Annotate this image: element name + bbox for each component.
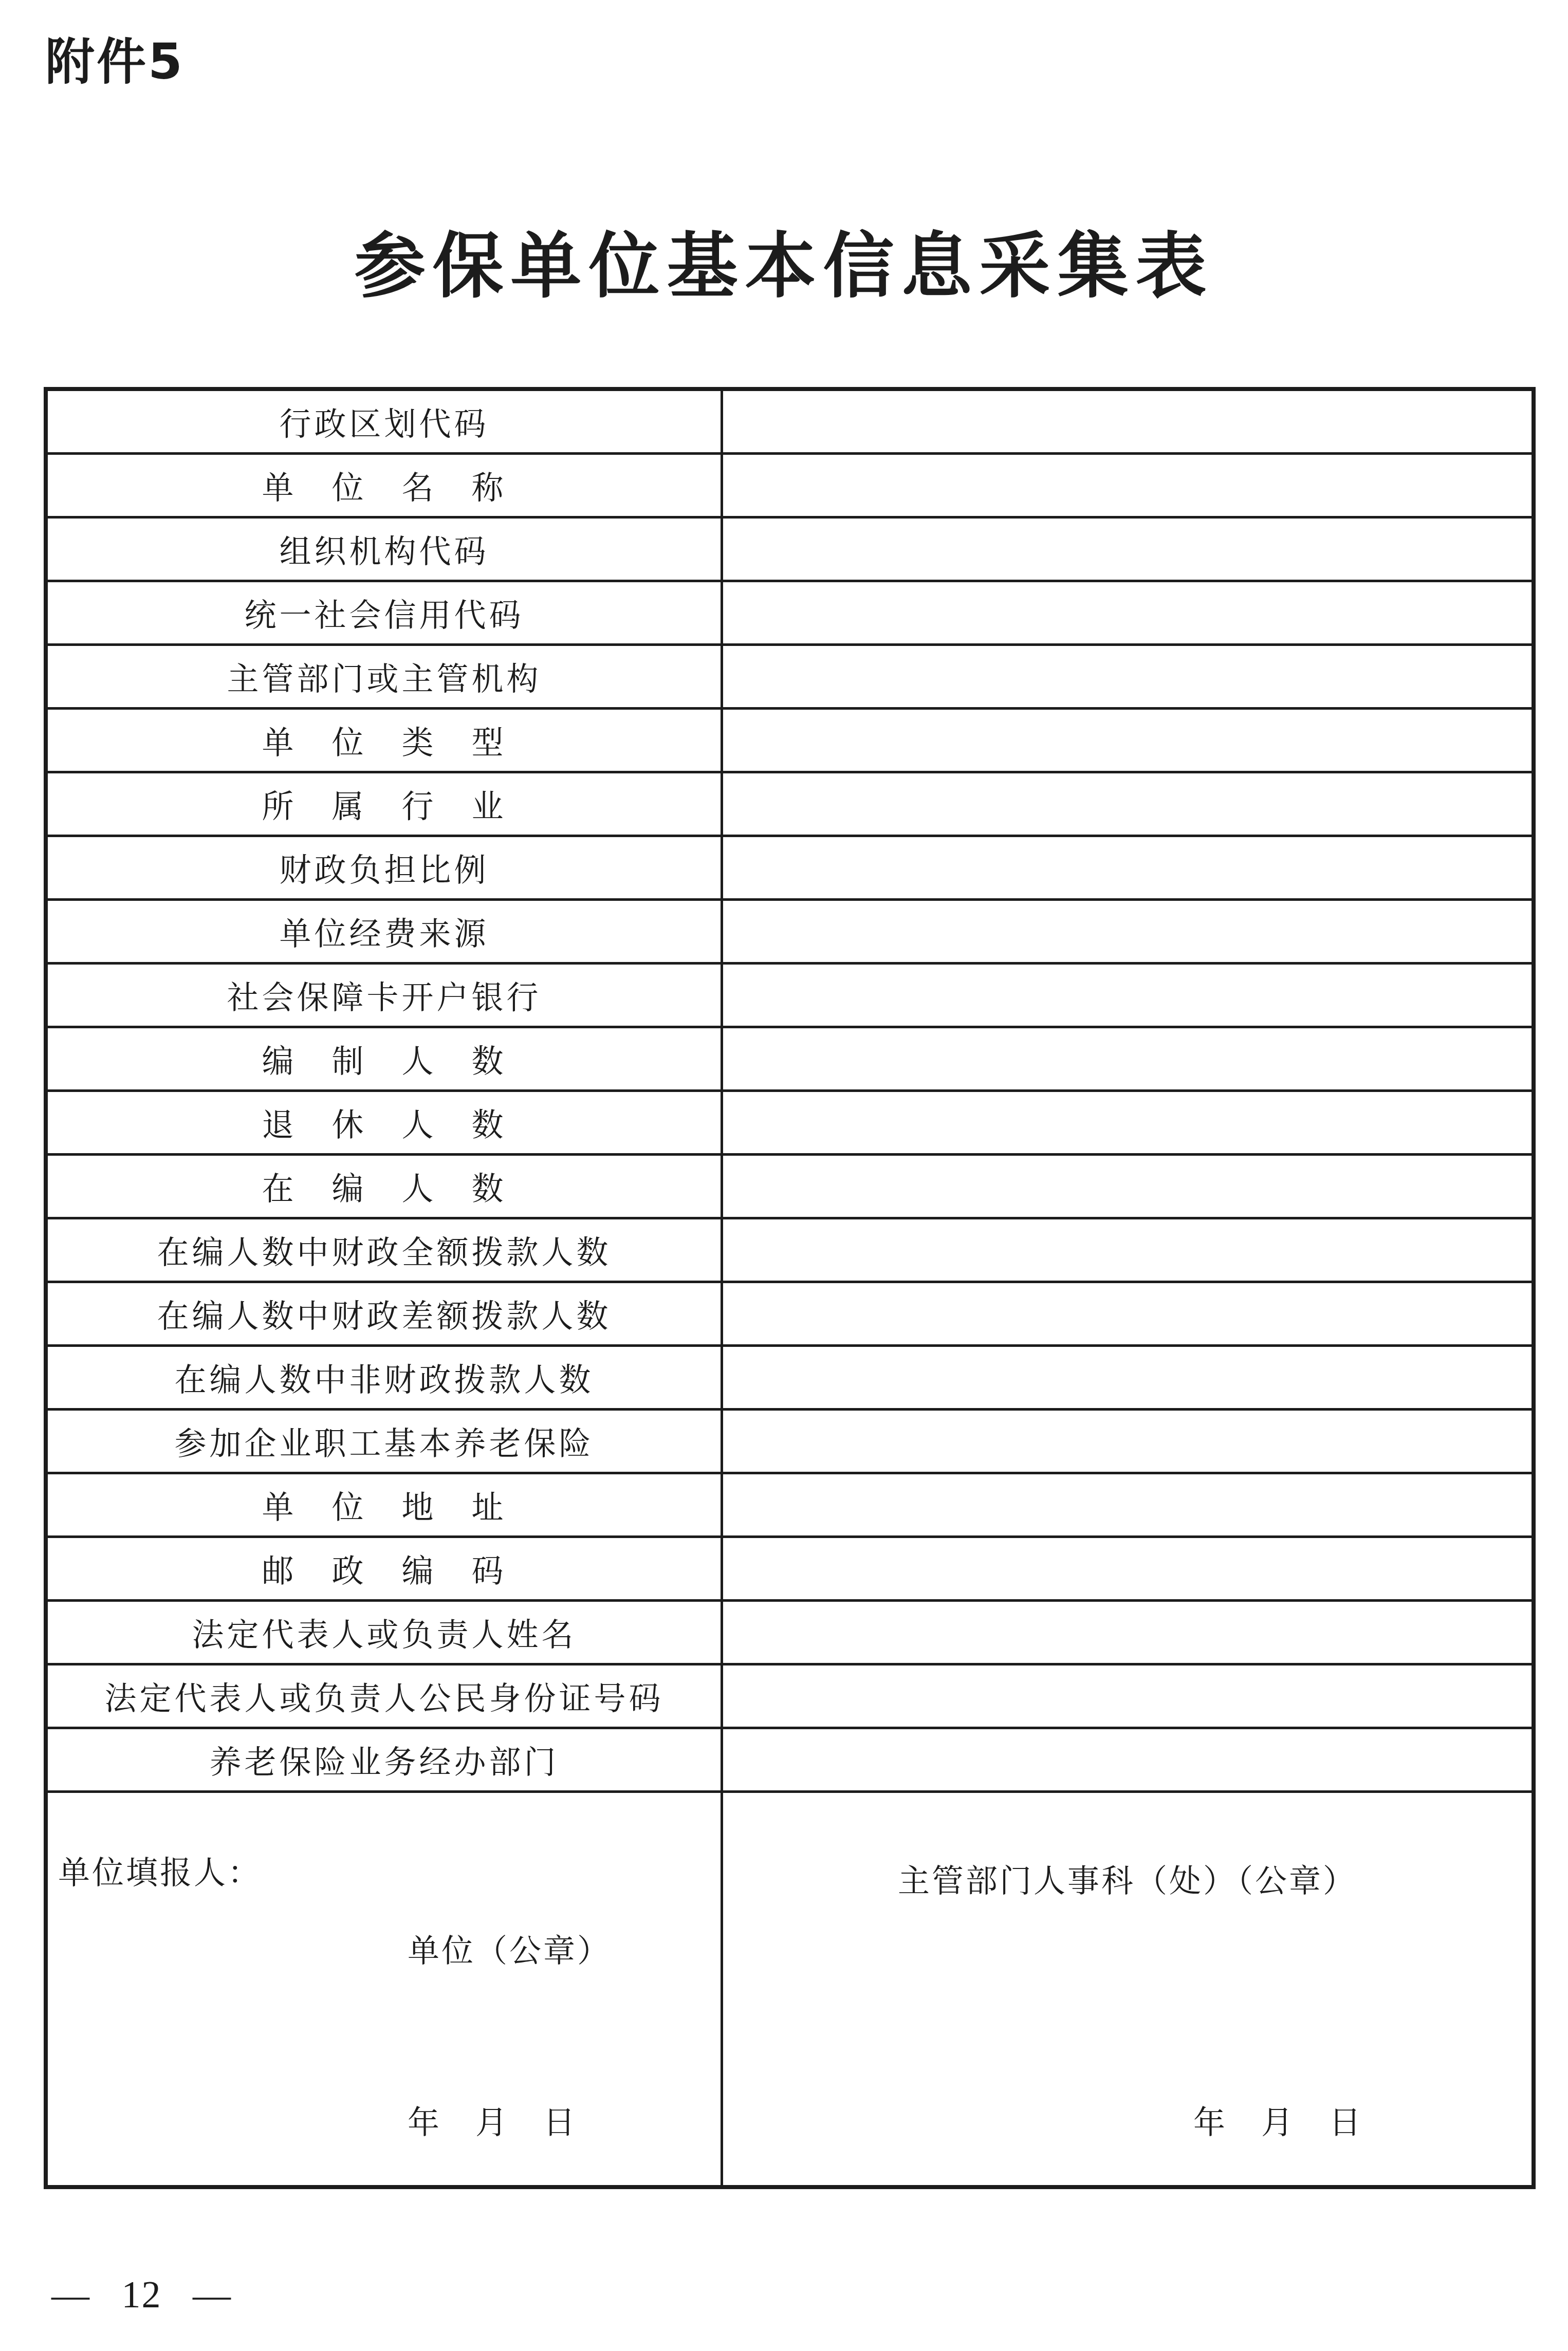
row-label: 参加企业职工基本养老保险 — [48, 1411, 723, 1472]
attachment-label: 附件5 — [45, 37, 185, 86]
row-label: 社会保障卡开户银行 — [48, 965, 723, 1026]
table-row: 在编人数中非财政拨款人数 — [48, 1347, 1532, 1411]
row-value-cell — [723, 455, 1532, 516]
row-value-cell — [723, 1283, 1532, 1344]
table-row: 单 位 地 址 — [48, 1474, 1532, 1538]
row-value-cell — [723, 1665, 1532, 1727]
table-row: 退 休 人 数 — [48, 1092, 1532, 1156]
table-row: 法定代表人或负责人姓名 — [48, 1602, 1532, 1665]
row-label: 编 制 人 数 — [48, 1028, 723, 1089]
table-row: 在 编 人 数 — [48, 1156, 1532, 1219]
row-label: 所 属 行 业 — [48, 773, 723, 835]
signature-right-cell: 主管部门人事科（处）（公章） 年 月 日 — [723, 1793, 1532, 2185]
row-value-cell — [723, 519, 1532, 580]
row-value-cell — [723, 1156, 1532, 1217]
table-row: 在编人数中财政差额拨款人数 — [48, 1283, 1532, 1347]
table-row: 单 位 类 型 — [48, 710, 1532, 773]
row-label: 养老保险业务经办部门 — [48, 1729, 723, 1790]
table-row: 财政负担比例 — [48, 837, 1532, 901]
row-value-cell — [723, 1538, 1532, 1599]
row-label: 行政区划代码 — [48, 391, 723, 452]
row-value-cell — [723, 1411, 1532, 1472]
dept-date-label: 年 月 日 — [1193, 2104, 1363, 2142]
row-label: 退 休 人 数 — [48, 1092, 723, 1153]
row-value-cell — [723, 1092, 1532, 1153]
row-value-cell — [723, 1474, 1532, 1535]
row-label: 法定代表人或负责人公民身份证号码 — [48, 1665, 723, 1727]
table-row: 单 位 名 称 — [48, 455, 1532, 519]
document-title: 参保单位基本信息采集表 — [0, 231, 1568, 302]
row-value-cell — [723, 1219, 1532, 1281]
row-label: 法定代表人或负责人姓名 — [48, 1602, 723, 1663]
row-value-cell — [723, 1602, 1532, 1663]
table-row: 参加企业职工基本养老保险 — [48, 1411, 1532, 1474]
dept-seal-label: 主管部门人事科（处）（公章） — [723, 1863, 1532, 1901]
table-row: 编 制 人 数 — [48, 1028, 1532, 1092]
table-row: 所 属 行 业 — [48, 773, 1532, 837]
table-row: 法定代表人或负责人公民身份证号码 — [48, 1665, 1532, 1729]
row-label: 单 位 类 型 — [48, 710, 723, 771]
row-value-cell — [723, 1729, 1532, 1790]
row-label: 在 编 人 数 — [48, 1156, 723, 1217]
row-label: 在编人数中财政差额拨款人数 — [48, 1283, 723, 1344]
row-label: 单位经费来源 — [48, 901, 723, 962]
table-row: 主管部门或主管机构 — [48, 646, 1532, 710]
row-label: 在编人数中非财政拨款人数 — [48, 1347, 723, 1408]
row-value-cell — [723, 773, 1532, 835]
row-value-cell — [723, 582, 1532, 643]
row-value-cell — [723, 710, 1532, 771]
row-label: 财政负担比例 — [48, 837, 723, 898]
table-row: 邮 政 编 码 — [48, 1538, 1532, 1602]
row-label: 在编人数中财政全额拨款人数 — [48, 1219, 723, 1281]
unit-filler-label: 单位填报人： — [58, 1855, 262, 1893]
row-label: 邮 政 编 码 — [48, 1538, 723, 1599]
row-value-cell — [723, 1028, 1532, 1089]
row-label: 组织机构代码 — [48, 519, 723, 580]
table-row: 在编人数中财政全额拨款人数 — [48, 1219, 1532, 1283]
row-label: 统一社会信用代码 — [48, 582, 723, 643]
page-number: — 12 — — [51, 2273, 232, 2317]
table-row: 养老保险业务经办部门 — [48, 1729, 1532, 1793]
document-page: 附件5 参保单位基本信息采集表 行政区划代码 单 位 名 称 组织机构代码 统一… — [0, 0, 1568, 2351]
table-row: 统一社会信用代码 — [48, 582, 1532, 646]
table-row: 社会保障卡开户银行 — [48, 965, 1532, 1028]
unit-date-label: 年 月 日 — [408, 2104, 577, 2142]
row-value-cell — [723, 1347, 1532, 1408]
row-label: 主管部门或主管机构 — [48, 646, 723, 707]
row-value-cell — [723, 837, 1532, 898]
table-row: 单位经费来源 — [48, 901, 1532, 965]
table-row: 行政区划代码 — [48, 391, 1532, 455]
unit-seal-label: 单位（公章） — [408, 1933, 611, 1971]
row-value-cell — [723, 391, 1532, 452]
info-table: 行政区划代码 单 位 名 称 组织机构代码 统一社会信用代码 主管部门或主管机构… — [44, 387, 1536, 2189]
signature-row: 单位填报人： 单位（公章） 年 月 日 主管部门人事科（处）（公章） 年 月 日 — [48, 1793, 1532, 2185]
row-value-cell — [723, 965, 1532, 1026]
row-value-cell — [723, 646, 1532, 707]
row-value-cell — [723, 901, 1532, 962]
row-label: 单 位 名 称 — [48, 455, 723, 516]
row-label: 单 位 地 址 — [48, 1474, 723, 1535]
table-row: 组织机构代码 — [48, 519, 1532, 582]
signature-left-cell: 单位填报人： 单位（公章） 年 月 日 — [48, 1793, 723, 2185]
